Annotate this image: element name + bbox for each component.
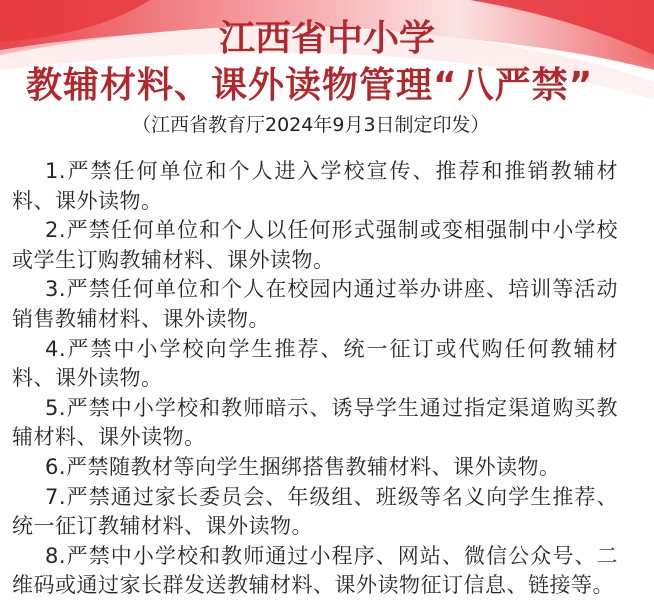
- rule-text: 严禁中小学校和教师暗示、诱导学生通过指定渠道购买教辅材料、课外读物。: [12, 396, 618, 450]
- rule-text: 严禁通过家长委员会、年级组、班级等名义向学生推荐、统一征订教辅材料、课外读物。: [12, 485, 618, 539]
- title-line-2: 教辅材料、课外读物管理“八严禁”: [26, 68, 593, 104]
- rule-item-4: 4.严禁中小学校向学生推荐、统一征订或代购任何教辅材料、课外读物。: [12, 335, 618, 394]
- rule-item-5: 5.严禁中小学校和教师暗示、诱导学生通过指定渠道购买教辅材料、课外读物。: [12, 394, 618, 453]
- rule-item-8: 8.严禁中小学校和教师通过小程序、网站、微信公众号、二维码或通过家长群发送教辅材…: [12, 542, 618, 600]
- rule-number: 8.: [45, 544, 66, 568]
- rule-item-1: 1.严禁任何单位和个人进入学校宣传、推荐和推销教辅材料、课外读物。: [12, 157, 618, 216]
- rule-text: 严禁任何单位和个人以任何形式强制或变相强制中小学校或学生订购教辅材料、课外读物。: [12, 218, 618, 272]
- rule-item-6: 6.严禁随教材等向学生捆绑搭售教辅材料、课外读物。: [12, 453, 618, 483]
- rule-item-7: 7.严禁通过家长委员会、年级组、班级等名义向学生推荐、统一征订教辅材料、课外读物…: [12, 483, 618, 542]
- rule-number: 2.: [45, 218, 66, 242]
- rule-number: 7.: [45, 485, 66, 509]
- rule-text: 严禁任何单位和个人进入学校宣传、推荐和推销教辅材料、课外读物。: [12, 159, 618, 213]
- rule-text: 严禁任何单位和个人在校园内通过举办讲座、培训等活动销售教辅材料、课外读物。: [12, 277, 618, 331]
- title-line-1: 江西省中小学: [0, 21, 654, 57]
- rule-number: 5.: [45, 396, 66, 420]
- issuer-subtitle: （江西省教育厅2024年9月3日制定印发）: [132, 116, 490, 135]
- rule-item-2: 2.严禁任何单位和个人以任何形式强制或变相强制中小学校或学生订购教辅材料、课外读…: [12, 216, 618, 275]
- rule-number: 3.: [45, 277, 66, 301]
- rule-number: 6.: [45, 455, 66, 479]
- rules-list: 1.严禁任何单位和个人进入学校宣传、推荐和推销教辅材料、课外读物。 2.严禁任何…: [12, 157, 618, 600]
- rule-number: 1.: [45, 159, 66, 183]
- rule-text: 严禁中小学校和教师通过小程序、网站、微信公众号、二维码或通过家长群发送教辅材料、…: [12, 544, 618, 598]
- rule-item-3: 3.严禁任何单位和个人在校园内通过举办讲座、培训等活动销售教辅材料、课外读物。: [12, 275, 618, 334]
- rule-text: 严禁中小学校向学生推荐、统一征订或代购任何教辅材料、课外读物。: [12, 337, 618, 391]
- rule-number: 4.: [45, 337, 66, 361]
- rule-text: 严禁随教材等向学生捆绑搭售教辅材料、课外读物。: [66, 455, 561, 479]
